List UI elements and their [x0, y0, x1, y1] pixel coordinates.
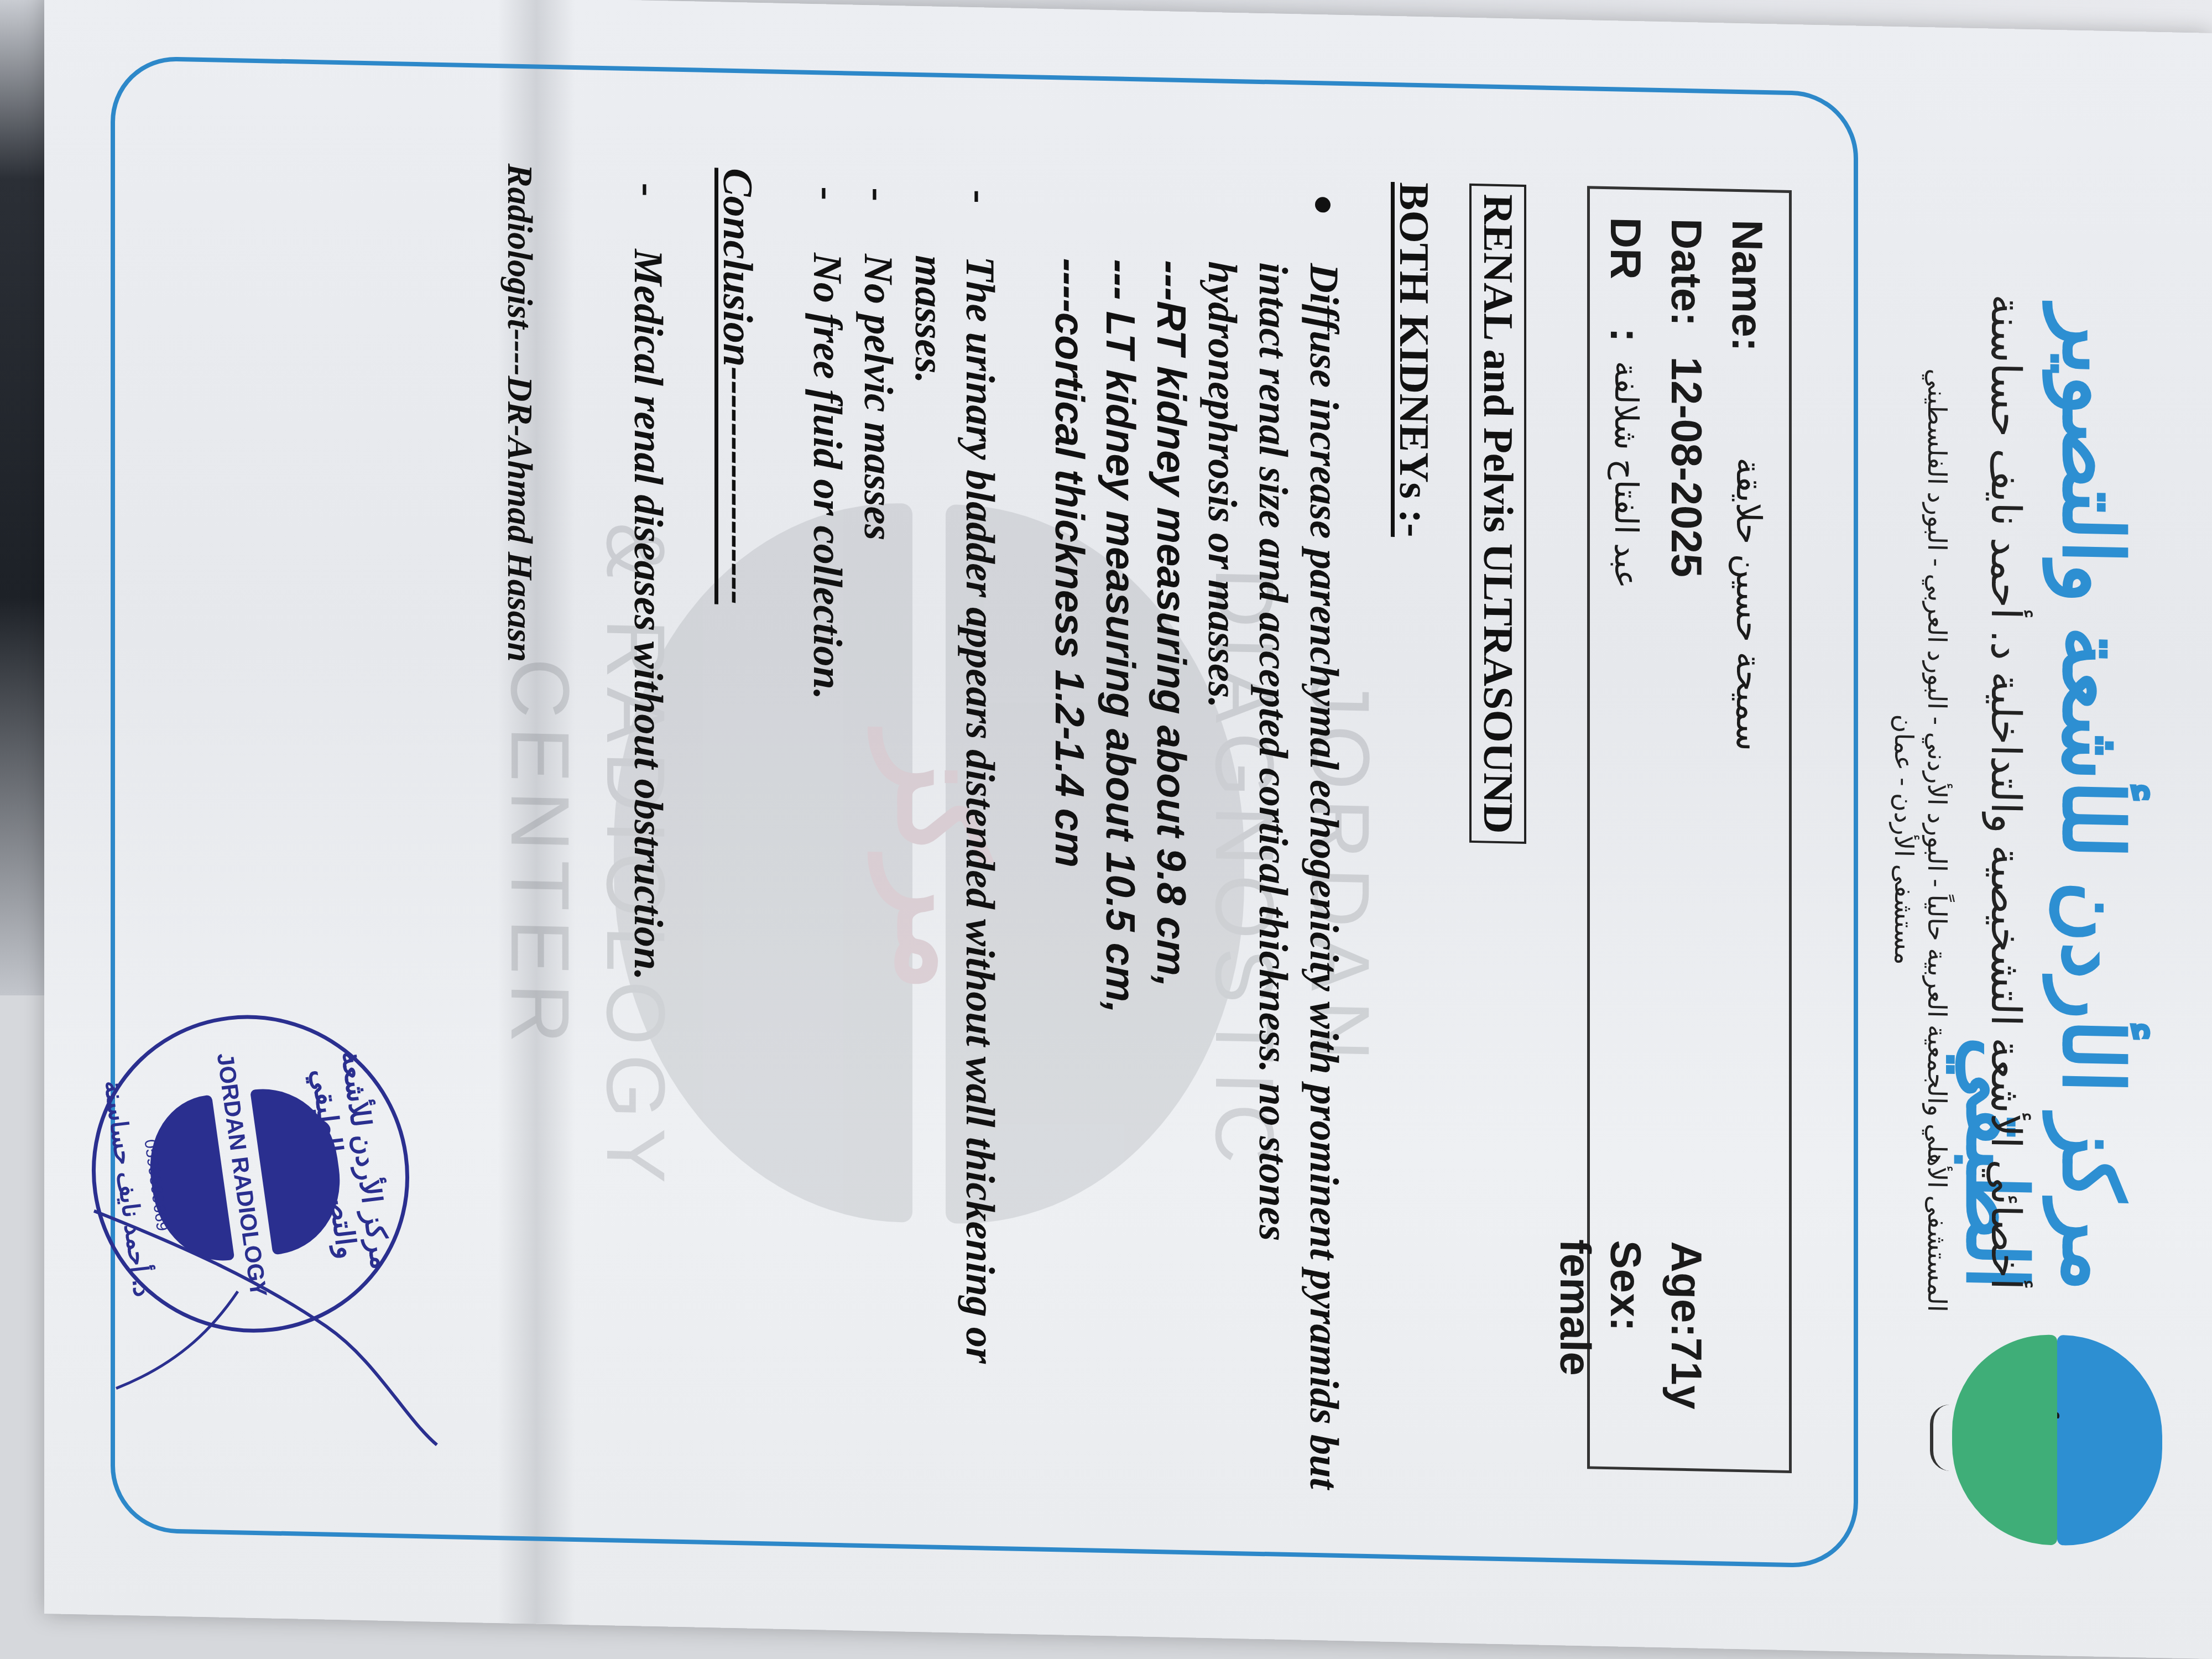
- section-title: BOTH KIDNEYs :-: [1390, 182, 1438, 538]
- handwritten-signature-icon: [83, 1177, 470, 1462]
- name-label: Name:: [1722, 219, 1772, 352]
- dash-icon: -: [954, 189, 1005, 204]
- conclusion-text: Medical renal diseases without obstructi…: [623, 249, 674, 1483]
- finding-fluid: - No free fluid or collection.: [802, 170, 853, 1487]
- specialist-line: أخصائي الأشعة التشخيصية والتداخلية د. أح…: [1982, 95, 2030, 1290]
- patient-name: سميحة حسين حلايقة: [1729, 457, 1769, 752]
- hospital-affiliations: المستشفى الأهلي والجمعية العربية حالياً …: [1922, 93, 1952, 1587]
- bladder-text: The urinary bladder appears distended wi…: [904, 254, 1005, 1490]
- findings: Diffuse increase parenchymal echogenicit…: [494, 163, 1349, 1497]
- kidneys-paragraph: Diffuse increase parenchymal echogenicit…: [1197, 261, 1349, 1498]
- conclusion-title: Conclusion-----------------: [712, 168, 763, 1485]
- dash-icon: -: [623, 182, 674, 197]
- exam-title: RENAL and Pelvis ULTRASOUND: [1469, 184, 1526, 844]
- patient-info-box: Name: سميحة حسين حلايقة Date: 12-08-2025…: [1587, 186, 1792, 1473]
- dash-icon: -: [853, 187, 904, 202]
- rt-kidney-measure: ---RT kidney measuring about 9.8 cm,: [1146, 260, 1197, 1494]
- finding-kidneys: Diffuse increase parenchymal echogenicit…: [1044, 175, 1349, 1498]
- finding-bladder: - The urinary bladder appears distended …: [904, 171, 1005, 1490]
- report-sheet: مركز الأردن مركز الأردن للأشعة والتصوير …: [44, 0, 2212, 1659]
- radiologist-signature-line: Radiologist----DR-Ahmad Hasasn: [494, 163, 545, 1480]
- finding-pelvic: - No pelvic masses: [853, 171, 904, 1488]
- fluid-text: No free fluid or collection.: [802, 253, 853, 1487]
- letterhead: مركز الأردن مركز الأردن للأشعة والتصوير …: [1869, 92, 2179, 1592]
- patient-sex: Sex: female: [1550, 1239, 1651, 1468]
- conclusion-item: - Medical renal diseases without obstruc…: [623, 166, 674, 1483]
- lt-kidney-measure: --- LT kidney measuring about 10.5 cm,: [1095, 259, 1146, 1493]
- cortical-thickness: ----cortical thickness 1.2-1.4 cm: [1044, 258, 1095, 1492]
- patient-age: Age:71y: [1661, 1241, 1712, 1410]
- center-name: مركز الأردن للأشعة والتصوير الطبقي: [1948, 94, 2140, 1292]
- dash-icon: -: [802, 186, 853, 201]
- doctor-label: DR: [1600, 217, 1651, 280]
- doctor-separator: :: [1600, 327, 1651, 343]
- exam-date: 12-08-2025: [1661, 356, 1712, 578]
- report-photo: مركز الأردن مركز الأردن للأشعة والتصوير …: [44, 33, 2212, 1659]
- logo-blue-half: [2057, 1335, 2162, 1547]
- referring-doctor: عبد الفتاح شلالفة: [1608, 361, 1645, 589]
- logo-green-half: [1952, 1333, 2057, 1545]
- bullet-icon: [1315, 197, 1331, 213]
- pelvic-text: No pelvic masses: [853, 254, 904, 1488]
- hospital-location: مستشفى الأردن - عمان: [1889, 93, 1919, 1587]
- date-label: Date:: [1661, 218, 1712, 327]
- center-logo-icon: مركز الأردن: [1930, 1321, 2162, 1558]
